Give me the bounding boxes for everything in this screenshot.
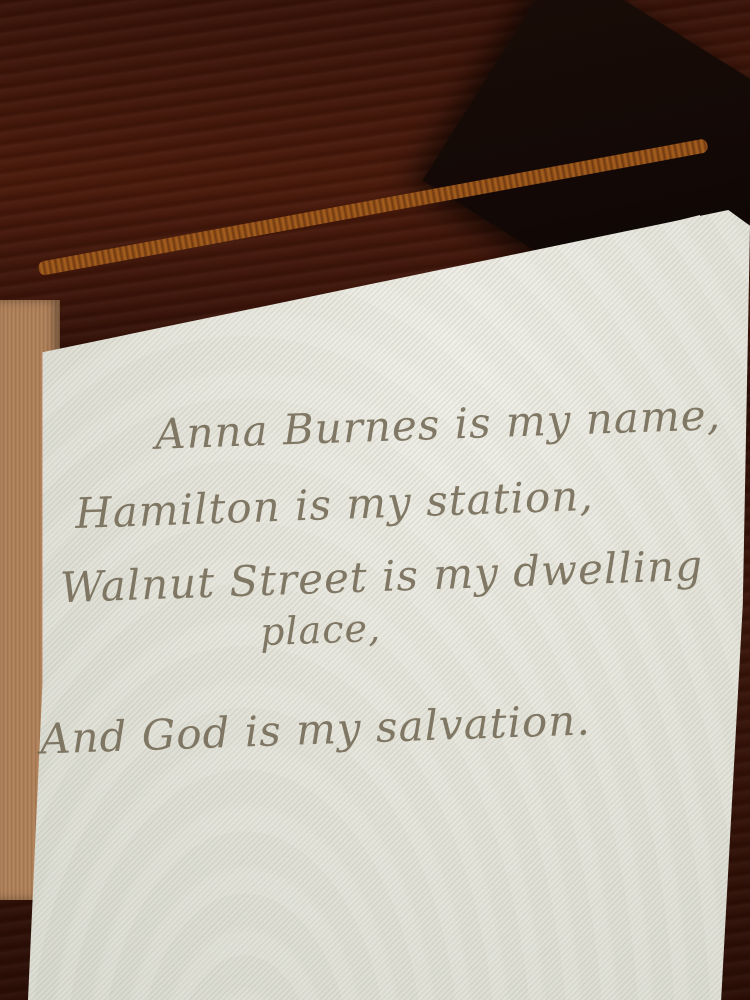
inscription-line-1: Anna Burnes is my name,: [154, 390, 721, 459]
inscription-line-2: Hamilton is my station,: [74, 471, 594, 538]
photo-scene: Anna Burnes is my name, Hamilton is my s…: [0, 0, 750, 1000]
inscription-line-5: And God is my salvation.: [39, 695, 591, 763]
inscription-line-4: place,: [259, 606, 381, 654]
inscription-line-3: Walnut Street is my dwelling: [59, 541, 703, 612]
handwritten-inscription: Anna Burnes is my name, Hamilton is my s…: [0, 0, 750, 1000]
